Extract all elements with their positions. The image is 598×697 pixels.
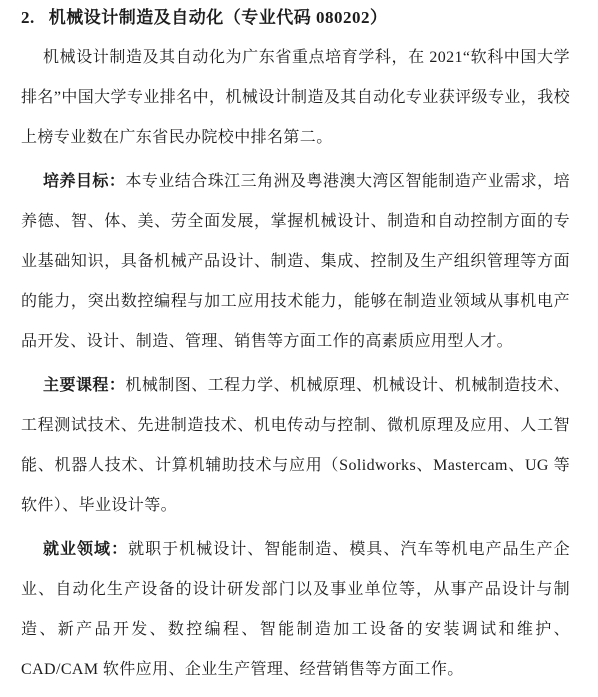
paragraph-main-courses-text: 机械制图、工程力学、机械原理、机械设计、机械制造技术、工程测试技术、先进制造技术… xyxy=(21,377,570,514)
paragraph-employment-fields: 就业领域：就职于机械设计、智能制造、模具、汽车等机电产品生产企业、自动化生产设备… xyxy=(21,530,570,690)
paragraph-training-objectives-text: 本专业结合珠江三角洲及粤港澳大湾区智能制造产业需求，培养德、智、体、美、劳全面发… xyxy=(21,173,570,350)
document-page: 2.机械设计制造及自动化（专业代码 080202） 机械设计制造及其自动化为广东… xyxy=(0,0,598,697)
section-number: 2. xyxy=(21,6,35,30)
paragraph-employment-fields-label: 就业领域： xyxy=(43,541,128,558)
paragraph-employment-fields-text: 就职于机械设计、智能制造、模具、汽车等机电产品生产企业、自动化生产设备的设计研发… xyxy=(21,541,570,678)
paragraph-training-objectives: 培养目标：本专业结合珠江三角洲及粤港澳大湾区智能制造产业需求，培养德、智、体、美… xyxy=(21,162,570,362)
paragraph-intro: 机械设计制造及其自动化为广东省重点培育学科，在 2021“软科中国大学排名”中国… xyxy=(21,38,570,158)
paragraph-intro-text: 机械设计制造及其自动化为广东省重点培育学科，在 2021“软科中国大学排名”中国… xyxy=(21,49,570,146)
paragraph-main-courses: 主要课程：机械制图、工程力学、机械原理、机械设计、机械制造技术、工程测试技术、先… xyxy=(21,366,570,526)
paragraph-main-courses-label: 主要课程： xyxy=(43,377,125,394)
section-heading: 2.机械设计制造及自动化（专业代码 080202） xyxy=(21,6,570,30)
section-title: 机械设计制造及自动化（专业代码 080202） xyxy=(49,8,388,27)
paragraph-training-objectives-label: 培养目标： xyxy=(43,173,125,190)
